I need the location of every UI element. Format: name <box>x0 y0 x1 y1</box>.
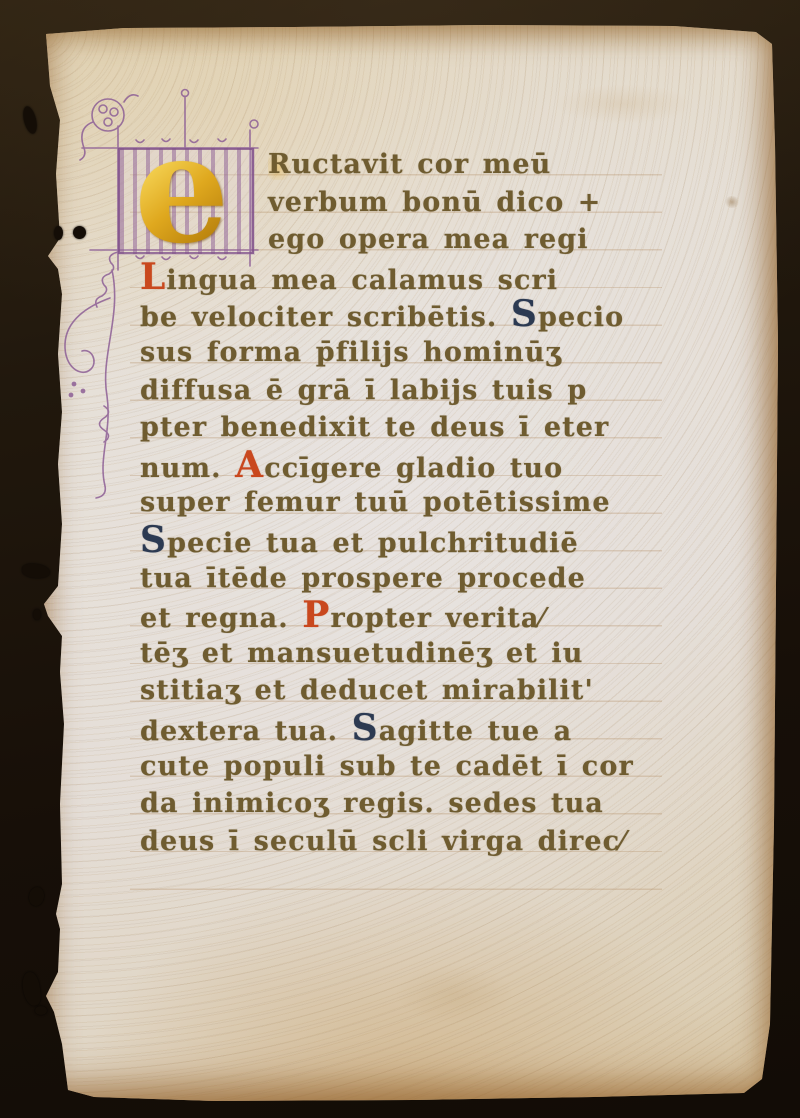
binding-hole <box>73 226 86 239</box>
manuscript-line-3: ego opera mea regi <box>140 221 662 259</box>
versal-initial-red: L <box>140 256 166 298</box>
gold-touched-letter: R <box>268 149 292 180</box>
text-segment: diffusa ē grā ī labijs tuis p <box>140 375 587 406</box>
text-segment: pter benedixit te deus ī eter <box>140 412 609 443</box>
text-segment: sus forma p̄filijs hominūʒ <box>140 337 562 368</box>
manuscript-line-4: Lingua mea calamus scri <box>140 259 662 297</box>
text-segment: dextera tua. <box>140 716 352 747</box>
text-segment: tēʒ et mansuetudinēʒ et iu <box>140 638 583 669</box>
manuscript-line-18: da inimicoʒ regis. sedes tua <box>140 785 662 823</box>
manuscript-line-11: Specie tua et pulchritudiē <box>140 522 662 560</box>
text-segment: ropter verita⁄ <box>330 603 545 634</box>
binding-hole <box>33 609 41 620</box>
text-segment: uctavit cor meū <box>292 149 552 180</box>
text-segment: ego opera mea regi <box>268 224 589 255</box>
text-segment: pecio <box>538 302 624 333</box>
manuscript-line-2: verbum bonū dico + <box>140 184 662 222</box>
text-segment: agitte tue a <box>379 716 573 747</box>
manuscript-line-8: pter benedixit te deus ī eter <box>140 409 662 447</box>
versal-initial-red: P <box>302 594 330 636</box>
text-segment: verbum bonū dico + <box>268 187 602 218</box>
versal-initial-blue: S <box>140 519 167 561</box>
text-segment: be velociter scribētis. <box>140 302 511 333</box>
manuscript-line-19: deus ī seculū scli virga direc⁄ <box>140 823 662 861</box>
text-segment: deus ī seculū scli virga direc⁄ <box>140 826 626 857</box>
text-segment: ingua mea calamus scri <box>166 265 558 296</box>
binding-hole <box>54 226 63 240</box>
manuscript-line-5: be velociter scribētis. Specio <box>140 296 662 334</box>
versal-initial-red: A <box>235 444 264 486</box>
manuscript-line-10: super femur tuū potētissime <box>140 484 662 522</box>
versal-initial-blue: S <box>511 293 538 335</box>
stain <box>394 964 514 1024</box>
text-segment: da inimicoʒ regis. sedes tua <box>140 788 604 819</box>
manuscript-line-13: et regna. Propter verita⁄ <box>140 597 662 635</box>
text-segment: pecie tua et pulchritudiē <box>167 528 579 559</box>
manuscript-line-14: tēʒ et mansuetudinēʒ et iu <box>140 635 662 673</box>
manuscript-line-9: num. Accīgere gladio tuo <box>140 447 662 485</box>
text-segment: et regna. <box>140 603 302 634</box>
manuscript-line-17: cute populi sub te cadēt ī cor <box>140 748 662 786</box>
stain <box>554 84 694 124</box>
manuscript-line-16: dextera tua. Sagitte tue a <box>140 710 662 748</box>
text-segment: ccīgere gladio tuo <box>264 453 563 484</box>
manuscript-line-7: diffusa ē grā ī labijs tuis p <box>140 372 662 410</box>
text-block: Ructavit cor meūverbum bonū dico +ego op… <box>140 146 662 860</box>
manuscript-line-1: Ructavit cor meū <box>140 146 662 184</box>
manuscript-line-6: sus forma p̄filijs hominūʒ <box>140 334 662 372</box>
text-segment: tua ītēde prospere procede <box>140 563 586 594</box>
text-segment: stitiaʒ et deducet mirabilit' <box>140 675 594 706</box>
text-segment: num. <box>140 453 235 484</box>
text-segment: super femur tuū potētissime <box>140 487 611 518</box>
binding-hole <box>35 1006 47 1015</box>
stain <box>724 196 740 208</box>
manuscript-line-12: tua ītēde prospere procede <box>140 560 662 598</box>
manuscript-line-15: stitiaʒ et deducet mirabilit' <box>140 672 662 710</box>
text-segment: cute populi sub te cadēt ī cor <box>140 751 634 782</box>
versal-initial-blue: S <box>352 707 379 749</box>
